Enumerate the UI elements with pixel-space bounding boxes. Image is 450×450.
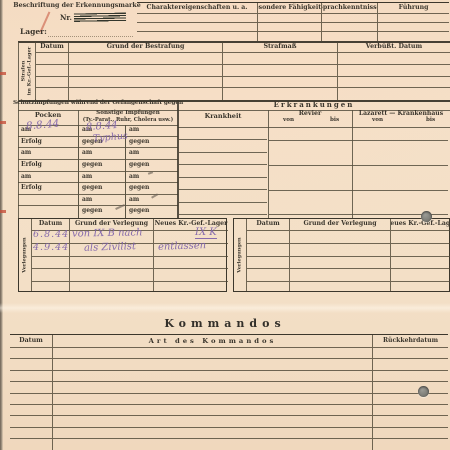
table-cell [36,88,68,100]
lazarett-bis-label: bis [426,118,435,124]
transfers-header-datum: Datum [39,221,62,227]
transfers-header-cell: Datum [247,219,289,231]
kommandos-header-datum: Datum [19,338,43,344]
handwriting-transfer1-reason: von IX B nach [72,228,143,239]
cell-label: gegen [126,160,178,168]
table-cell [137,32,257,41]
transfers-table-right: Verlegungen Datum Grund der Verlegung Ne… [233,218,450,292]
table-line [179,177,267,178]
table-cell [372,405,448,416]
punishment-header-cell: Datum [36,42,68,53]
table-line [179,189,267,190]
transfers-side-label: Verlegungen [237,237,243,272]
punishment-side-label: Strafen im Kr.-Gef.-Lager [21,47,32,96]
hole-punch-top [421,211,432,222]
table-cell: gegen [78,183,125,195]
table-cell: am [78,172,125,184]
table-cell [153,269,228,282]
transfers-side-label-column: Verlegungen [234,219,247,291]
lazarett-von-label: von [372,118,383,124]
table-cell: Erfolg [18,160,78,172]
table-line [269,140,448,141]
table-cell [289,282,390,291]
kommandos-header-art: Art des Kommandos [149,338,277,345]
table-cell [32,269,69,282]
table-cell [257,14,321,23]
sonstige-line1: Sonstige Impfungen [78,111,178,117]
traits-header-cell: Führung [377,3,449,14]
kommandos-header-cell: Art des Kommandos [52,335,372,348]
table-cell [68,77,222,89]
table-cell [69,282,153,291]
pow-record-card-scan: Beschriftung der Erkennungsmarke Nr. Lag… [0,0,450,450]
illness-col-lazarett: Lazarett — Krankenhaus [352,111,450,117]
traits-table: Charaktereigenschaften u. a. Besondere F… [137,2,449,40]
cell-label: am [79,148,125,156]
table-cell [222,77,337,89]
table-cell: am [125,125,178,137]
table-cell [52,428,372,439]
table-line [269,190,448,191]
illness-col-krankheit: Krankheit [178,113,268,120]
table-cell [372,428,448,439]
table-cell [337,77,450,89]
table-line [179,139,267,140]
table-cell [52,359,372,370]
table-cell [372,348,448,359]
table-cell [337,53,450,65]
cell-label: Erfolg [18,183,78,191]
table-cell [372,382,448,393]
transfers-header-datum: Datum [256,221,279,227]
table-cell: gegen [78,160,125,172]
table-cell: gegen [125,206,178,218]
table-line [179,202,267,203]
kommandos-table: Datum Art des Kommandos Rückkehrdatum [10,334,448,450]
table-line [179,164,267,165]
traits-header-fuehrung: Führung [399,5,429,11]
table-cell: gegen [125,137,178,149]
cell-label: am [79,195,125,203]
table-cell [289,231,390,244]
punishment-header-cell: Verbüßt. Datum [337,42,450,53]
illness-col-revier: Revier [268,111,352,117]
cell-label: gegen [79,160,125,168]
handwriting-transfer2-camp: entlassen [158,241,206,253]
table-cell [377,23,449,32]
table-line [179,152,267,153]
table-cell [18,195,78,207]
table-cell [10,439,52,450]
cell-label: am [126,125,178,133]
lager-label: Lager: [20,28,47,36]
table-cell [321,32,377,41]
kommandos-header-rueckkehrdatum: Rückkehrdatum [383,338,438,344]
table-cell: am [18,172,78,184]
table-cell: gegen [125,160,178,172]
table-cell [10,359,52,370]
hole-punch-bottom [418,386,429,397]
table-cell: Erfolg [18,137,78,149]
table-cell [247,244,289,257]
table-cell [372,439,448,450]
table-cell [337,65,450,77]
handwriting-transfer2-date: 4.9.44 [33,243,69,253]
table-cell [36,77,68,89]
punishment-header-strafmass: Strafmaß [263,44,296,50]
red-edge-mark [0,121,6,124]
red-edge-mark [0,72,6,75]
table-cell [52,348,372,359]
handwriting-transfer1-date: 6.8.44 [33,230,69,240]
side-label-line2: im Kr.-Gef.-Lager [26,47,32,96]
cell-label [18,206,78,208]
traits-header-cell: Charaktereigenschaften u. a. [137,3,257,14]
table-cell [137,23,257,32]
table-cell [372,371,448,382]
table-cell [68,65,222,77]
transfers-header-cell: Neues Kr.-Gef.-Lager [390,219,450,231]
table-cell [36,65,68,77]
table-cell [10,416,52,427]
table-cell [68,53,222,65]
traits-header-charaktereigenschaften: Charaktereigenschaften u. a. [147,5,248,11]
traits-header-sprachkenntnisse: Sprachkenntnisse [321,5,377,11]
transfers-grid: Datum Grund der Verlegung Neues Kr.-Gef.… [247,219,450,291]
table-cell [52,416,372,427]
table-cell [390,282,450,291]
table-cell: am [125,148,178,160]
table-cell [257,23,321,32]
cell-label: am [18,172,78,180]
table-cell [69,257,153,269]
kommandos-header-cell: Rückkehrdatum [372,335,448,348]
nr-label: Nr. [60,14,72,21]
nr-redacted-scribble [74,13,126,23]
cell-label [18,195,78,197]
cell-label: gegen [126,206,178,214]
table-cell [153,257,228,269]
table-cell [257,32,321,41]
revier-von-label: von [283,118,294,124]
table-cell [289,269,390,282]
table-cell: am [78,195,125,207]
table-cell [321,23,377,32]
handwriting-pocken-date: 8.8.44 [26,119,60,132]
table-cell [10,348,52,359]
table-cell [69,269,153,282]
table-border [352,110,353,218]
table-line [178,127,450,128]
table-cell: am [18,148,78,160]
punishment-side-label-column: Strafen im Kr.-Gef.-Lager [18,42,36,100]
id-block-title: Beschriftung der Erkennungsmarke [18,3,136,9]
table-line [269,165,448,166]
table-cell [390,257,450,269]
table-cell [10,371,52,382]
cell-label: gegen [126,137,178,145]
table-line [179,214,267,215]
traits-header-cell: Besondere Fähigkeiten [257,3,321,14]
table-cell [137,14,257,23]
table-cell [10,405,52,416]
table-cell [289,244,390,257]
table-cell [247,257,289,269]
handwriting-transfer2-reason: als Zivilist [84,242,136,254]
cell-label: am [79,172,125,180]
scan-left-edge [0,0,3,450]
table-cell [222,88,337,100]
table-border [78,110,79,218]
table-cell [222,53,337,65]
paper-fold-crease [0,303,450,313]
transfers-header-neues-lager: Neues Kr.-Gef.-Lager [390,221,450,227]
table-cell [222,65,337,77]
transfers-side-label-column: Verlegungen [19,219,32,291]
punishment-header-datum: Datum [40,44,64,50]
kommandos-title: Kommandos [0,318,450,329]
table-cell [52,382,372,393]
table-cell [337,88,450,100]
punishment-header-grund: Grund der Bestrafung [107,44,185,50]
table-cell [153,282,228,291]
table-cell [52,371,372,382]
table-cell [10,428,52,439]
table-cell [32,257,69,269]
table-cell: am [78,148,125,160]
cell-label: Erfolg [18,137,78,145]
punishment-header-cell: Grund der Bestrafung [68,42,222,53]
table-cell: Erfolg [18,183,78,195]
table-cell [321,14,377,23]
table-cell [372,359,448,370]
table-cell [377,14,449,23]
table-cell [247,282,289,291]
punishment-header-cell: Strafmaß [222,42,337,53]
illness-banner: Erkrankungen [178,101,450,108]
cell-label: am [126,148,178,156]
table-cell [372,416,448,427]
transfers-header-cell: Grund der Verlegung [289,219,390,231]
handwriting-transfer1-camp: IX K [195,228,217,239]
table-cell [390,231,450,244]
table-cell [247,231,289,244]
table-cell [52,439,372,450]
red-edge-mark [0,210,6,213]
cell-label: gegen [79,183,125,191]
vaccination-banner: Schutzimpfungen während der Gefangenscha… [18,101,178,107]
table-border [268,110,269,218]
table-cell [10,394,52,405]
punishment-table: Datum Grund der Bestrafung Strafmaß Verb… [36,42,450,100]
table-border [177,100,179,218]
kommandos-header-cell: Datum [10,335,52,348]
table-cell [390,269,450,282]
table-cell [247,269,289,282]
table-cell [68,88,222,100]
cell-label: gegen [126,183,178,191]
traits-header-besondere-faehigkeiten: Besondere Fähigkeiten [257,5,321,11]
table-cell: gegen [125,183,178,195]
table-cell [36,53,68,65]
transfers-side-label: Verlegungen [22,237,28,272]
revier-bis-label: bis [330,118,339,124]
table-cell [377,32,449,41]
table-cell [52,394,372,405]
table-cell [390,244,450,257]
transfers-header-grund: Grund der Verlegung [303,221,376,227]
punishment-header-verbuesst: Verbüßt. Datum [366,44,422,50]
cell-label: Erfolg [18,160,78,168]
table-cell [372,394,448,405]
table-cell [289,257,390,269]
cell-label: am [18,148,78,156]
table-cell [18,206,78,218]
table-cell [10,382,52,393]
traits-header-cell: Sprachkenntnisse [321,3,377,14]
table-cell [52,405,372,416]
lager-dotted-line [48,28,133,37]
table-cell [32,282,69,291]
